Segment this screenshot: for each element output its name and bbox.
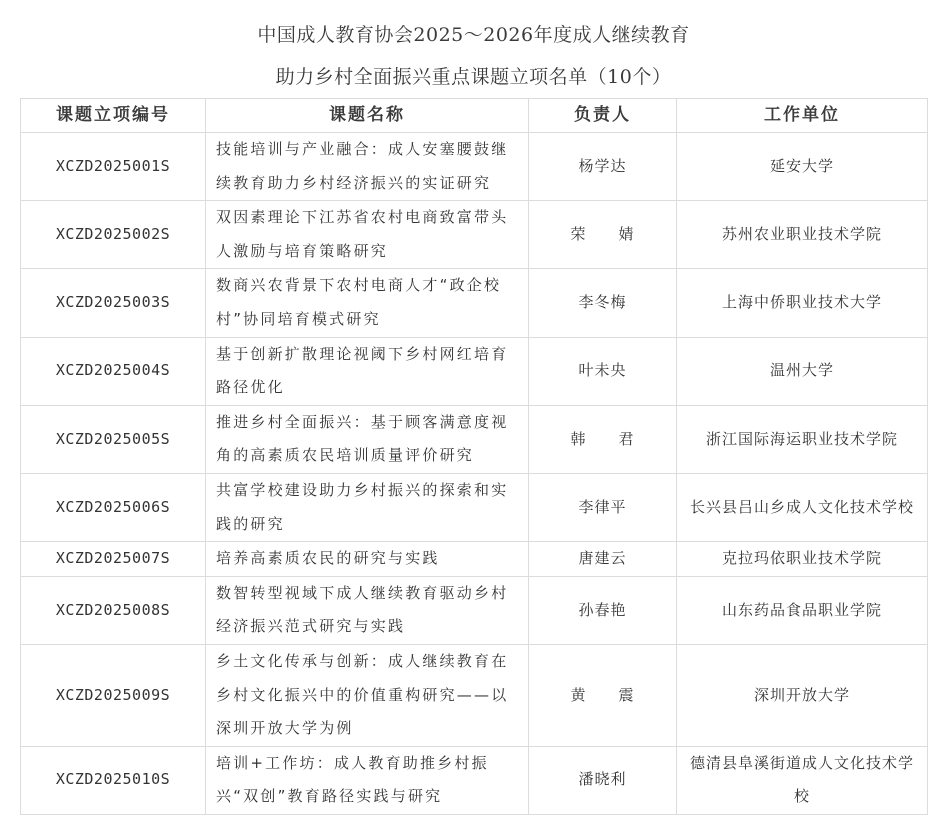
project-name: 数智转型视域下成人继续教育驱动乡村经济振兴范式研究与实践 bbox=[206, 576, 529, 644]
person-in-charge: 杨学达 bbox=[529, 133, 677, 201]
person-in-charge: 荣 婧 bbox=[529, 201, 677, 269]
work-unit: 温州大学 bbox=[677, 337, 928, 405]
project-name: 共富学校建设助力乡村振兴的探索和实践的研究 bbox=[206, 473, 529, 541]
document-title-line-2: 助力乡村全面振兴重点课题立项名单（10个） bbox=[0, 62, 947, 89]
project-name: 双因素理论下江苏省农村电商致富带头人激励与培育策略研究 bbox=[206, 201, 529, 269]
table-row: XCZD2025007S 培养高素质农民的研究与实践 唐建云 克拉玛依职业技术学… bbox=[21, 542, 928, 577]
person-in-charge: 唐建云 bbox=[529, 542, 677, 577]
work-unit: 深圳开放大学 bbox=[677, 644, 928, 746]
project-name: 推进乡村全面振兴：基于顾客满意度视角的高素质农民培训质量评价研究 bbox=[206, 405, 529, 473]
project-code: XCZD2025002S bbox=[21, 201, 206, 269]
table-row: XCZD2025008S 数智转型视域下成人继续教育驱动乡村经济振兴范式研究与实… bbox=[21, 576, 928, 644]
header-work-unit: 工作单位 bbox=[677, 99, 928, 133]
work-unit: 山东药品食品职业学院 bbox=[677, 576, 928, 644]
work-unit: 克拉玛依职业技术学院 bbox=[677, 542, 928, 577]
work-unit: 浙江国际海运职业技术学院 bbox=[677, 405, 928, 473]
table-row: XCZD2025002S 双因素理论下江苏省农村电商致富带头人激励与培育策略研究… bbox=[21, 201, 928, 269]
table-row: XCZD2025003S 数商兴农背景下农村电商人才“政企校村”协同培育模式研究… bbox=[21, 269, 928, 337]
project-name: 培养高素质农民的研究与实践 bbox=[206, 542, 529, 577]
project-name: 数商兴农背景下农村电商人才“政企校村”协同培育模式研究 bbox=[206, 269, 529, 337]
person-in-charge: 韩 君 bbox=[529, 405, 677, 473]
header-person-in-charge: 负责人 bbox=[529, 99, 677, 133]
project-list-table: 课题立项编号 课题名称 负责人 工作单位 XCZD2025001S 技能培训与产… bbox=[20, 98, 928, 815]
work-unit: 德清县阜溪街道成人文化技术学校 bbox=[677, 746, 928, 814]
header-project-code: 课题立项编号 bbox=[21, 99, 206, 133]
person-in-charge: 黄 震 bbox=[529, 644, 677, 746]
work-unit: 长兴县吕山乡成人文化技术学校 bbox=[677, 473, 928, 541]
table-row: XCZD2025009S 乡土文化传承与创新：成人继续教育在乡村文化振兴中的价值… bbox=[21, 644, 928, 746]
person-in-charge: 李冬梅 bbox=[529, 269, 677, 337]
work-unit: 延安大学 bbox=[677, 133, 928, 201]
project-code: XCZD2025005S bbox=[21, 405, 206, 473]
project-code: XCZD2025008S bbox=[21, 576, 206, 644]
table-row: XCZD2025006S 共富学校建设助力乡村振兴的探索和实践的研究 李律平 长… bbox=[21, 473, 928, 541]
person-in-charge: 孙春艳 bbox=[529, 576, 677, 644]
document-title-line-1: 中国成人教育协会2025～2026年度成人继续教育 bbox=[0, 20, 947, 47]
work-unit: 上海中侨职业技术大学 bbox=[677, 269, 928, 337]
person-in-charge: 叶未央 bbox=[529, 337, 677, 405]
person-in-charge: 李律平 bbox=[529, 473, 677, 541]
table-row: XCZD2025005S 推进乡村全面振兴：基于顾客满意度视角的高素质农民培训质… bbox=[21, 405, 928, 473]
project-name: 培训+工作坊：成人教育助推乡村振兴“双创”教育路径实践与研究 bbox=[206, 746, 529, 814]
project-name: 乡土文化传承与创新：成人继续教育在乡村文化振兴中的价值重构研究——以深圳开放大学… bbox=[206, 644, 529, 746]
person-in-charge: 潘晓利 bbox=[529, 746, 677, 814]
table-row: XCZD2025010S 培训+工作坊：成人教育助推乡村振兴“双创”教育路径实践… bbox=[21, 746, 928, 814]
project-code: XCZD2025007S bbox=[21, 542, 206, 577]
project-name: 技能培训与产业融合：成人安塞腰鼓继续教育助力乡村经济振兴的实证研究 bbox=[206, 133, 529, 201]
table-row: XCZD2025004S 基于创新扩散理论视阈下乡村网红培育路径优化 叶未央 温… bbox=[21, 337, 928, 405]
project-code: XCZD2025009S bbox=[21, 644, 206, 746]
project-code: XCZD2025004S bbox=[21, 337, 206, 405]
table-header-row: 课题立项编号 课题名称 负责人 工作单位 bbox=[21, 99, 928, 133]
project-code: XCZD2025006S bbox=[21, 473, 206, 541]
project-code: XCZD2025001S bbox=[21, 133, 206, 201]
table-row: XCZD2025001S 技能培训与产业融合：成人安塞腰鼓继续教育助力乡村经济振… bbox=[21, 133, 928, 201]
header-project-name: 课题名称 bbox=[206, 99, 529, 133]
work-unit: 苏州农业职业技术学院 bbox=[677, 201, 928, 269]
project-code: XCZD2025010S bbox=[21, 746, 206, 814]
project-name: 基于创新扩散理论视阈下乡村网红培育路径优化 bbox=[206, 337, 529, 405]
project-code: XCZD2025003S bbox=[21, 269, 206, 337]
